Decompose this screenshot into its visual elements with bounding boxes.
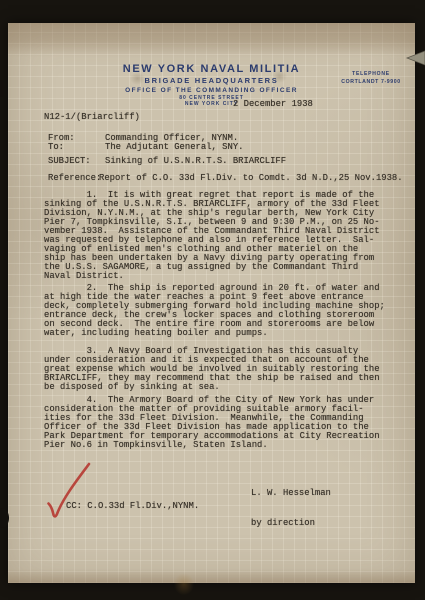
file-number: N12-1/(Briarcliff) bbox=[44, 113, 140, 122]
subject-label: SUBJECT: bbox=[48, 157, 91, 166]
letterhead-telephone: TELEPHONE CORTLANDT 7-9900 bbox=[330, 72, 412, 85]
paper-stain bbox=[174, 573, 194, 595]
date-line: 2 December 1938 bbox=[233, 100, 313, 109]
to-value: The Adjutant General, SNY. bbox=[105, 143, 243, 152]
left-edge-punch-hole bbox=[0, 80, 6, 97]
reference-label: Reference: bbox=[48, 174, 101, 183]
telephone-number: CORTLANDT 7-9900 bbox=[330, 79, 412, 85]
signature-name: L. W. Hesselman bbox=[251, 488, 331, 498]
body-paragraph-4: 4. The Armory Board of the City of New Y… bbox=[44, 396, 380, 450]
signature-block: L. W. Hesselman by direction bbox=[251, 468, 331, 548]
red-checkmark-icon bbox=[40, 458, 100, 526]
telephone-label: TELEPHONE bbox=[330, 72, 412, 77]
document-photo: NEW YORK NAVAL MILITIA BRIGADE HEADQUART… bbox=[0, 0, 425, 600]
body-paragraph-3: 3. A Navy Board of Investigation has thi… bbox=[44, 347, 380, 392]
letterhead-address-city: NEW YORK CITY bbox=[8, 102, 415, 107]
subject-value: Sinking of U.S.N.R.T.S. BRIARCLIFF bbox=[105, 157, 286, 166]
reference-value: Report of C.O. 33d Fl.Div. to Comdt. 3d … bbox=[99, 174, 403, 183]
cc-line: CC: C.O.33d Fl.Div.,NYNM. bbox=[66, 502, 199, 511]
body-paragraph-2: 2. The ship is reported aground in 20 ft… bbox=[44, 284, 385, 338]
letterhead-office: OFFICE OF THE COMMANDING OFFICER bbox=[8, 87, 415, 94]
body-paragraph-1: 1. It is with great regret that report i… bbox=[44, 191, 380, 281]
signature-by-direction: by direction bbox=[251, 518, 331, 528]
to-label: To: bbox=[48, 143, 64, 152]
